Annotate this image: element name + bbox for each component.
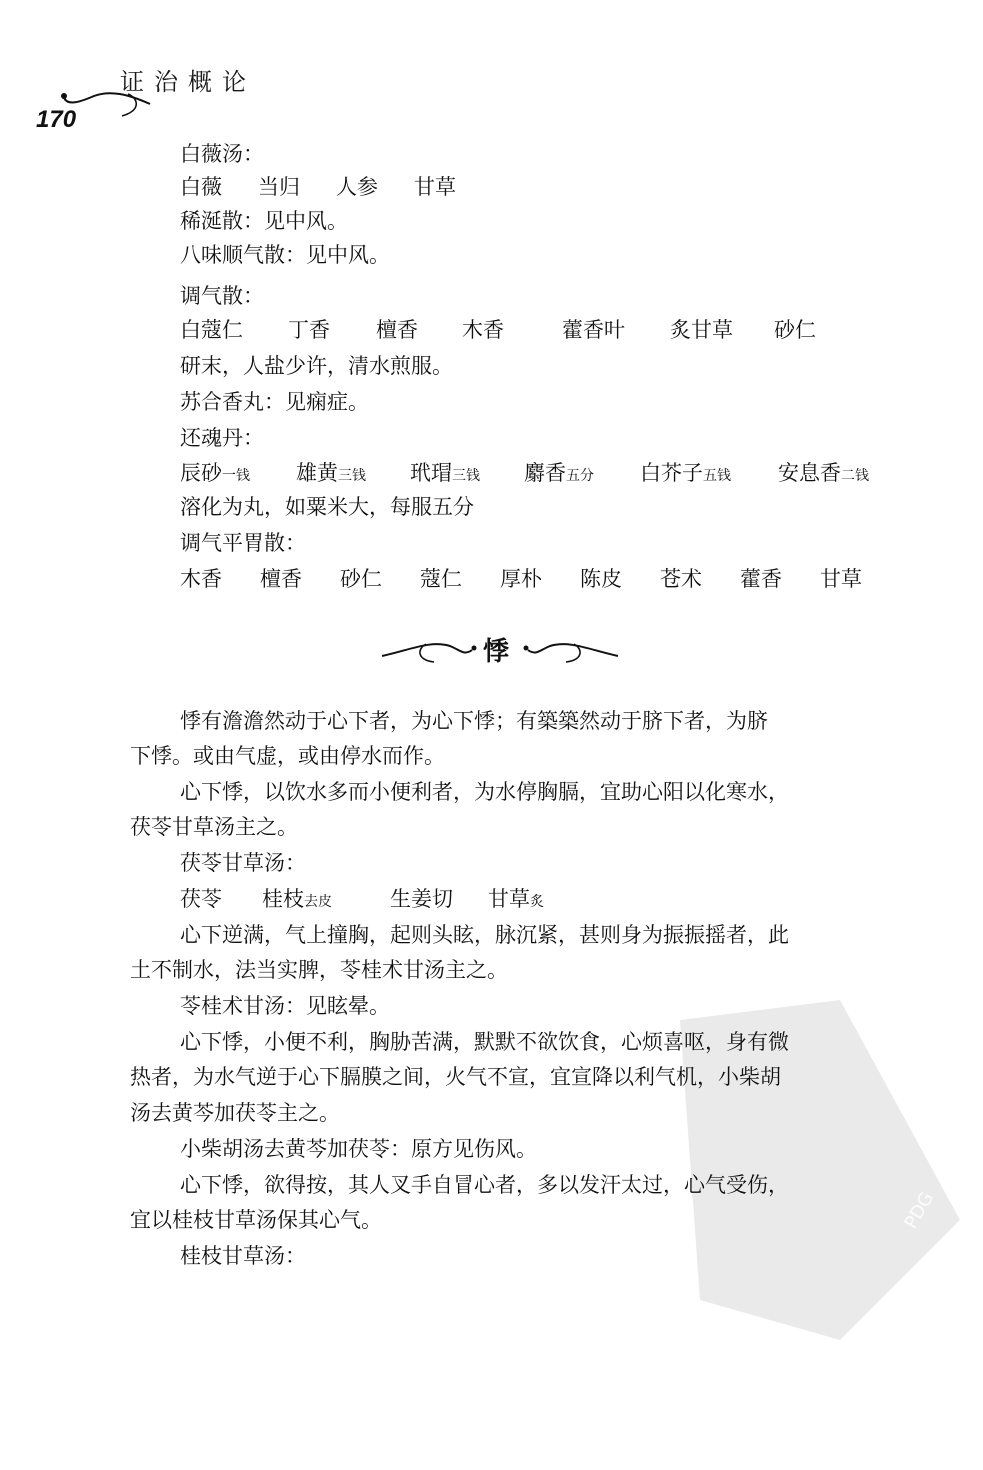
ingredient: 甘草 — [820, 564, 862, 594]
page-number: 170 — [36, 106, 76, 134]
ingredient: 白蔻仁 — [180, 315, 288, 345]
ingredient: 安息香二钱 — [778, 458, 869, 491]
ingredient: 苍术 — [660, 564, 740, 594]
ingredient: 当归 — [258, 172, 336, 202]
right-flourish-icon — [520, 636, 620, 666]
preparation-note: 溶化为丸，如粟米大，每服五分 — [180, 492, 474, 522]
paragraph-line: 心下逆满，气上撞胸，起则头眩，脉沉紧，甚则身为振振摇者，此 — [180, 920, 789, 950]
dose: 三钱 — [338, 468, 366, 484]
preparation-note: 研末，人盐少许，清水煎服。 — [180, 351, 453, 381]
ingredient: 桂枝去皮 — [262, 884, 390, 917]
paragraph-line: 茯苓甘草汤主之。 — [130, 812, 298, 842]
ingredient: 蔻仁 — [420, 564, 500, 594]
ingredient: 陈皮 — [580, 564, 660, 594]
formula-reference: 稀涎散：见中风。 — [180, 206, 348, 236]
formula-reference: 苓桂术甘汤：见眩晕。 — [180, 991, 390, 1021]
formula-title: 调气散： — [180, 281, 264, 311]
watermark-stamp-icon — [660, 1000, 960, 1340]
ingredient: 木香 — [180, 564, 260, 594]
prep-note: 炙 — [530, 894, 544, 910]
ingredient: 麝香五分 — [524, 458, 640, 491]
paragraph-line: 宜以桂枝甘草汤保其心气。 — [130, 1205, 382, 1235]
running-title: 证治概论 — [120, 62, 256, 97]
ingredient-list: 辰砂一钱 雄黄三钱 玳瑁三钱 麝香五分 白芥子五钱 安息香二钱 — [180, 458, 869, 491]
ingredient: 檀香 — [376, 315, 462, 345]
ingredient: 砂仁 — [774, 315, 816, 345]
ingredient: 厚朴 — [500, 564, 580, 594]
ingredient: 白薇 — [180, 172, 258, 202]
formula-reference: 小柴胡汤去黄芩加茯苓：原方见伤风。 — [180, 1134, 537, 1164]
ingredient: 甘草 — [414, 172, 456, 202]
ingredient: 檀香 — [260, 564, 340, 594]
ingredient: 生姜切 — [390, 884, 488, 917]
dose: 三钱 — [452, 468, 480, 484]
ingredient: 藿香 — [740, 564, 820, 594]
ingredient-list: 白薇 当归 人参 甘草 — [180, 172, 456, 202]
ingredient: 玳瑁三钱 — [410, 458, 524, 491]
prep-note: 去皮 — [304, 894, 332, 910]
paragraph-line: 心下悸，以饮水多而小便利者，为水停胸膈，宜助心阳以化寒水， — [180, 777, 789, 807]
ingredient: 木香 — [462, 315, 562, 345]
ingredient: 砂仁 — [340, 564, 420, 594]
page-header: 证治概论 170 — [0, 0, 983, 140]
section-title: 悸 — [483, 631, 509, 668]
ingredient: 辰砂一钱 — [180, 458, 296, 491]
ingredient-list: 白蔻仁 丁香 檀香 木香 藿香叶 炙甘草 砂仁 — [180, 315, 816, 345]
ingredient: 人参 — [336, 172, 414, 202]
dose: 一钱 — [222, 468, 250, 484]
formula-title: 白薇汤： — [180, 139, 264, 169]
left-flourish-icon — [380, 636, 480, 666]
formula-title: 茯苓甘草汤： — [180, 848, 306, 878]
formula-title: 桂枝甘草汤： — [180, 1241, 306, 1271]
ingredient-list: 木香 檀香 砂仁 蔻仁 厚朴 陈皮 苍术 藿香 甘草 — [180, 564, 862, 594]
paragraph-line: 土不制水，法当实脾，苓桂术甘汤主之。 — [130, 955, 508, 985]
ingredient: 茯苓 — [180, 884, 262, 917]
dose: 二钱 — [841, 468, 869, 484]
ingredient: 炙甘草 — [670, 315, 774, 345]
dose: 五分 — [566, 468, 594, 484]
ingredient: 丁香 — [288, 315, 376, 345]
formula-title: 还魂丹： — [180, 423, 264, 453]
ingredient: 雄黄三钱 — [296, 458, 410, 491]
ingredient: 藿香叶 — [562, 315, 670, 345]
ingredient: 甘草炙 — [488, 884, 544, 917]
paragraph-line: 下悸。或由气虚，或由停水而作。 — [130, 741, 445, 771]
formula-title: 调气平胃散： — [180, 528, 306, 558]
section-heading: 悸 — [380, 628, 620, 672]
formula-reference: 苏合香丸：见痫症。 — [180, 387, 369, 417]
paragraph-line: 汤去黄芩加茯苓主之。 — [130, 1098, 340, 1128]
ingredient-list: 茯苓 桂枝去皮 生姜切 甘草炙 — [180, 884, 544, 917]
dose: 五钱 — [703, 468, 731, 484]
formula-reference: 八味顺气散：见中风。 — [180, 240, 390, 270]
paragraph-line: 悸有澹澹然动于心下者，为心下悸；有築築然动于脐下者，为脐 — [180, 706, 768, 736]
ingredient: 白芥子五钱 — [640, 458, 778, 491]
